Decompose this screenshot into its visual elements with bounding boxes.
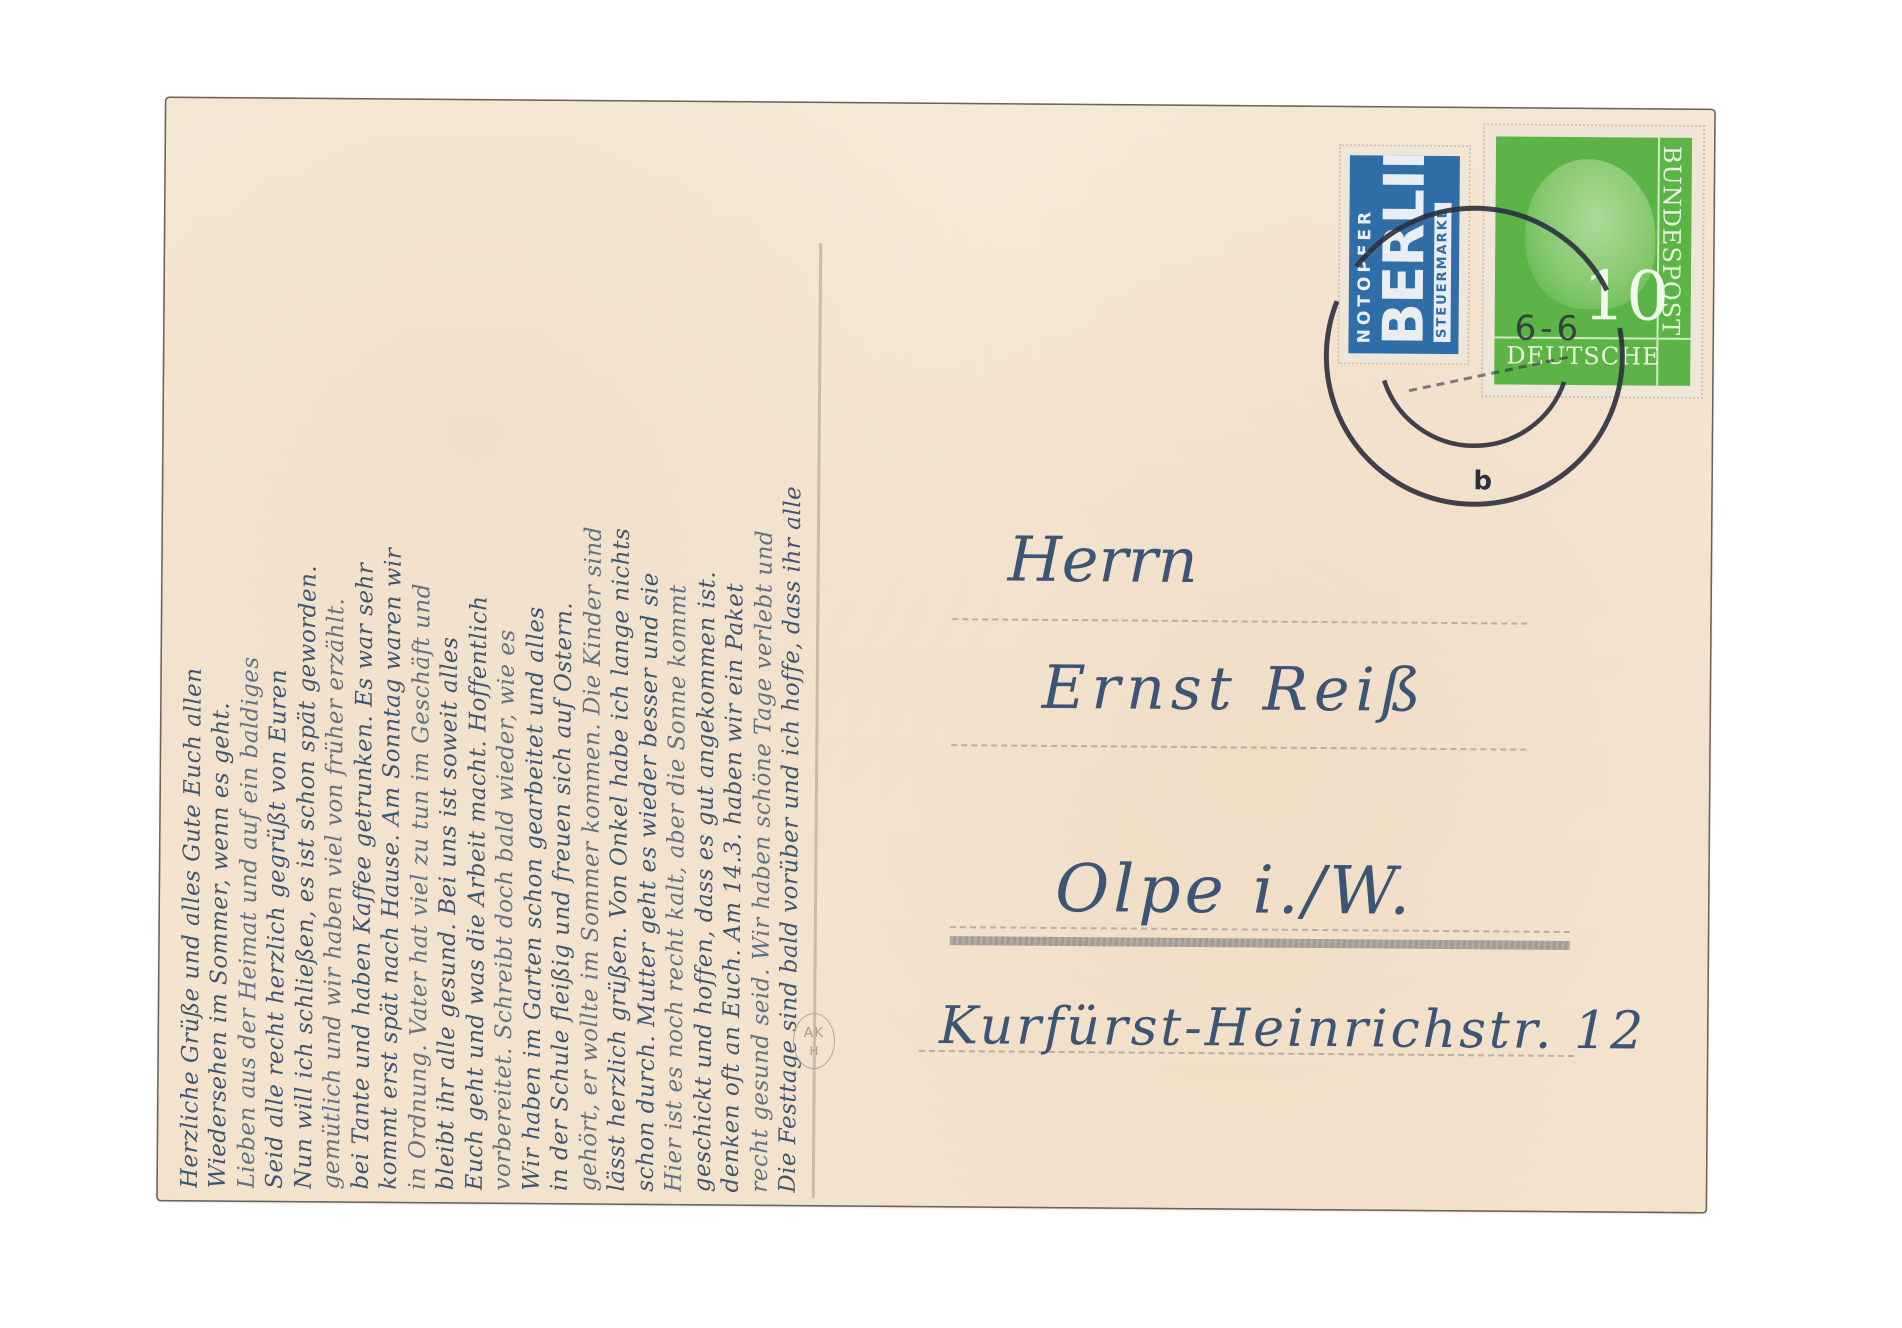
address-city: Olpe i./W. (1055, 850, 1415, 930)
postmark-date: 6-6 (1514, 309, 1582, 350)
publisher-logo-text: AK (794, 1024, 834, 1042)
address-street: Kurfürst-Heinrichstr. 12 (939, 996, 1647, 1062)
stamp-berlin-main-text: BERLIN (1376, 155, 1434, 346)
address-salutation: Herrn (1007, 523, 1198, 597)
postmark-letter: b (1473, 466, 1492, 496)
stamp-berlin-side-text: STEUERMARKE (1433, 203, 1451, 342)
address-guide-line-1 (952, 618, 1527, 625)
address-guide-line-2 (951, 744, 1526, 751)
stamp-notopfer-berlin: NOTOPFER BERLIN STEUERMARKE (1348, 155, 1460, 354)
postcard: Die Festtage sind bald vorüber und ich h… (158, 98, 1715, 1212)
publisher-logo: AK H (793, 1013, 835, 1069)
handwritten-message: Die Festtage sind bald vorüber und ich h… (176, 118, 814, 1193)
address-recipient-name: Ernst Reiß (1041, 653, 1427, 726)
publisher-logo-subtext: H (794, 1042, 834, 1060)
stamp-green-post-text: BUNDESPOST (1657, 146, 1686, 337)
address-underline-bar (950, 936, 1570, 950)
